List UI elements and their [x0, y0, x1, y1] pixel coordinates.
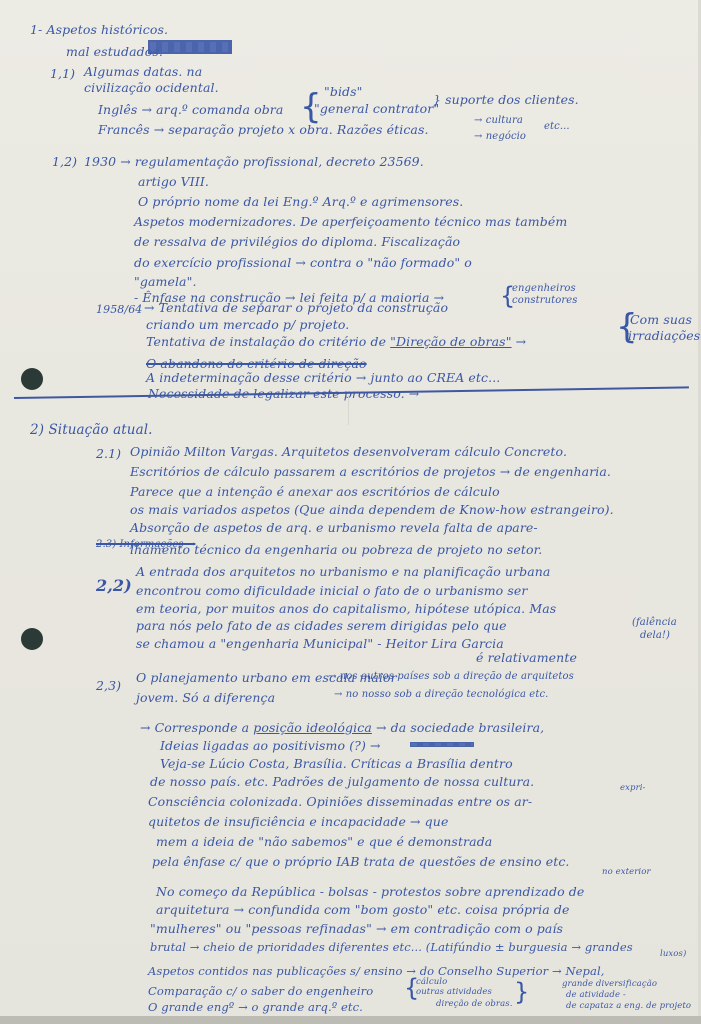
construtores-label: construtores: [512, 296, 578, 306]
item-2-2-line2: encontrou como dificuldade inicial o fat…: [136, 585, 527, 598]
item-2-3-line2: jovem. Só a diferença: [136, 692, 275, 705]
frances-line: Francês → separação projeto x obra. Razõ…: [98, 124, 429, 137]
page-bottom-edge: [0, 1016, 701, 1024]
line1-post: → da sociedade brasileira,: [372, 720, 544, 735]
punch-hole-top: [21, 368, 43, 390]
line1-pre: → Corresponde a: [140, 720, 253, 735]
item-2-3-number: 2,3): [96, 680, 121, 693]
section-2-heading: 2) Situação atual.: [30, 424, 153, 438]
capataz-label: de capataz a eng. de projeto: [566, 1002, 691, 1011]
general-contractor-label: "general contrator": [314, 103, 439, 116]
item-2-3-relativamente: é relativamente: [476, 652, 577, 665]
scan-artifact: [348, 395, 349, 425]
item-1-2-line4: Aspetos modernizadores. De aperfeiçoamen…: [134, 216, 567, 229]
diversificacao-label: grande diversificação: [562, 980, 657, 989]
item-1-2-line7: "gamela".: [134, 276, 197, 289]
item-1-1-line1: Algumas datas. na: [84, 66, 202, 79]
ideology-line14: Comparação c/ o saber do engenheiro: [148, 986, 373, 998]
ideology-line15: O grande engº → o grande arq.º etc.: [148, 1002, 363, 1014]
ideology-line13: Aspetos contidos nas publicações s/ ensi…: [148, 966, 604, 978]
etc-label: etc...: [544, 122, 570, 132]
ideology-line8: pela ênfase c/ que o próprio IAB trata d…: [152, 856, 570, 869]
ideology-line7: mem a ideia de "não sabemos" e que é dem…: [156, 836, 492, 849]
outras-atividades-label: outras atividades: [416, 988, 492, 997]
item-1-2-line1: 1930 → regulamentação profissional, decr…: [84, 156, 424, 169]
negocio-label: → negócio: [474, 132, 526, 142]
item-2-1-number: 2.1): [96, 448, 121, 461]
item-2-2-line5: se chamou a "engenharia Municipal" - Hei…: [136, 638, 504, 651]
punch-hole-bottom: [21, 628, 43, 650]
suporte-clientes: } suporte dos clientes.: [433, 94, 579, 107]
item-2-1-line6: lhamento técnico da engenharia ou pobrez…: [130, 544, 542, 557]
expri-label: expri-: [620, 784, 646, 793]
com-suas-label: Com suas: [630, 314, 692, 327]
item-1958-line5: A indeterminação desse critério → junto …: [146, 372, 500, 385]
ideology-line5: Consciência colonizada. Opiniões dissemi…: [148, 796, 532, 809]
atividade-label: de atividade -: [566, 991, 626, 1000]
ideology-line12: brutal → cheio de prioridades diferentes…: [150, 942, 633, 954]
item-1-2-line3: O próprio nome da lei Eng.º Arq.º e agri…: [138, 196, 463, 209]
section-1-heading: 1- Aspetos históricos.: [30, 24, 168, 37]
item-2-1-line3: Parece que a intenção é anexar aos escri…: [130, 486, 500, 499]
item-1-2-line6: do exercício profissional → contra o "nã…: [134, 257, 472, 270]
engenheiros-label: engenheiros: [512, 284, 576, 294]
outros-paises-label: → nos outros países sob a direção de arq…: [328, 672, 574, 682]
line3-post: →: [512, 334, 527, 349]
item-1958-line2: criando um mercado p/ projeto.: [146, 319, 349, 332]
brace-icon: }: [514, 980, 529, 1004]
scribbled-out-text: [148, 40, 232, 54]
cultura-label: → cultura: [474, 116, 523, 126]
ideology-line9: No começo da República - bolsas - protes…: [156, 886, 584, 899]
item-1-1-number: 1,1): [50, 68, 75, 81]
calculo-label: cálculo: [416, 978, 447, 987]
item-1-1-line2: civilização ocidental.: [84, 82, 219, 95]
ingles-line: Inglês → arq.º comanda obra: [98, 104, 283, 117]
ideology-line2: Ideias ligadas ao positivismo (?) →: [160, 740, 381, 753]
direcao-de-obras: "Direção de obras": [390, 334, 511, 349]
item-2-2-line4: para nós pelo fato de as cidades serem d…: [136, 620, 507, 633]
luxos-label: luxos): [660, 950, 686, 959]
line3-pre: Tentativa de instalação do critério de: [146, 334, 390, 349]
bids-label: "bids": [324, 86, 363, 99]
manuscript-page: 1- Aspetos históricos. mal estudados. 1,…: [0, 0, 701, 1024]
scribbled-out-text: [410, 742, 474, 747]
item-1958-line3: Tentativa de instalação do critério de "…: [146, 336, 526, 349]
item-1-2-line2: artigo VIII.: [138, 176, 209, 189]
direcao-obras-label: direção de obras.: [436, 1000, 513, 1009]
item-1-2-number: 1,2): [52, 156, 77, 169]
posicao-ideologica: posição ideológica: [253, 720, 372, 735]
falencia-label: (falência: [632, 618, 677, 628]
ideology-line3: Veja-se Lúcio Costa, Brasília. Críticas …: [160, 758, 513, 771]
item-2-1-line4: os mais variados aspetos (Que ainda depe…: [130, 504, 614, 517]
nosso-pais-label: → no nosso sob a direção tecnológica etc…: [334, 690, 548, 700]
item-2-1-line5: Absorção de aspetos de arq. e urbanismo …: [130, 522, 538, 535]
item-2-2-line1: A entrada dos arquitetos no urbanismo e …: [136, 566, 550, 579]
no-exterior-label: no exterior: [602, 868, 651, 877]
ideology-line10: arquitetura → confundida com "bom gosto"…: [156, 904, 569, 917]
ideology-line6: quitetos de insuficiência e incapacidade…: [148, 816, 448, 829]
date-1958-64: 1958/64: [96, 304, 142, 315]
item-1-2-line5: de ressalva de privilégios do diploma. F…: [134, 236, 460, 249]
ideology-line4: de nosso país. etc. Padrões de julgament…: [150, 776, 534, 789]
item-2-1-line1: Opinião Milton Vargas. Arquitetos desenv…: [130, 446, 567, 459]
item-2-2-line3: em teoria, por muitos anos do capitalism…: [136, 603, 556, 616]
struck-line: O abandono do critério de direção: [146, 358, 367, 371]
irradiacoes-label: irradiações: [628, 330, 700, 343]
item-2-2-number: 2,2): [96, 578, 132, 594]
ideology-line1: → Corresponde a posição ideológica → da …: [140, 722, 544, 735]
ideology-line11: "mulheres" ou "pessoas refinadas" → em c…: [150, 923, 563, 936]
item-2-1-line2: Escritórios de cálculo passarem a escrit…: [130, 466, 611, 479]
item-1958-line1: → Tentativa de separar o projeto da cons…: [144, 302, 448, 315]
dela-label: dela!): [640, 631, 670, 641]
